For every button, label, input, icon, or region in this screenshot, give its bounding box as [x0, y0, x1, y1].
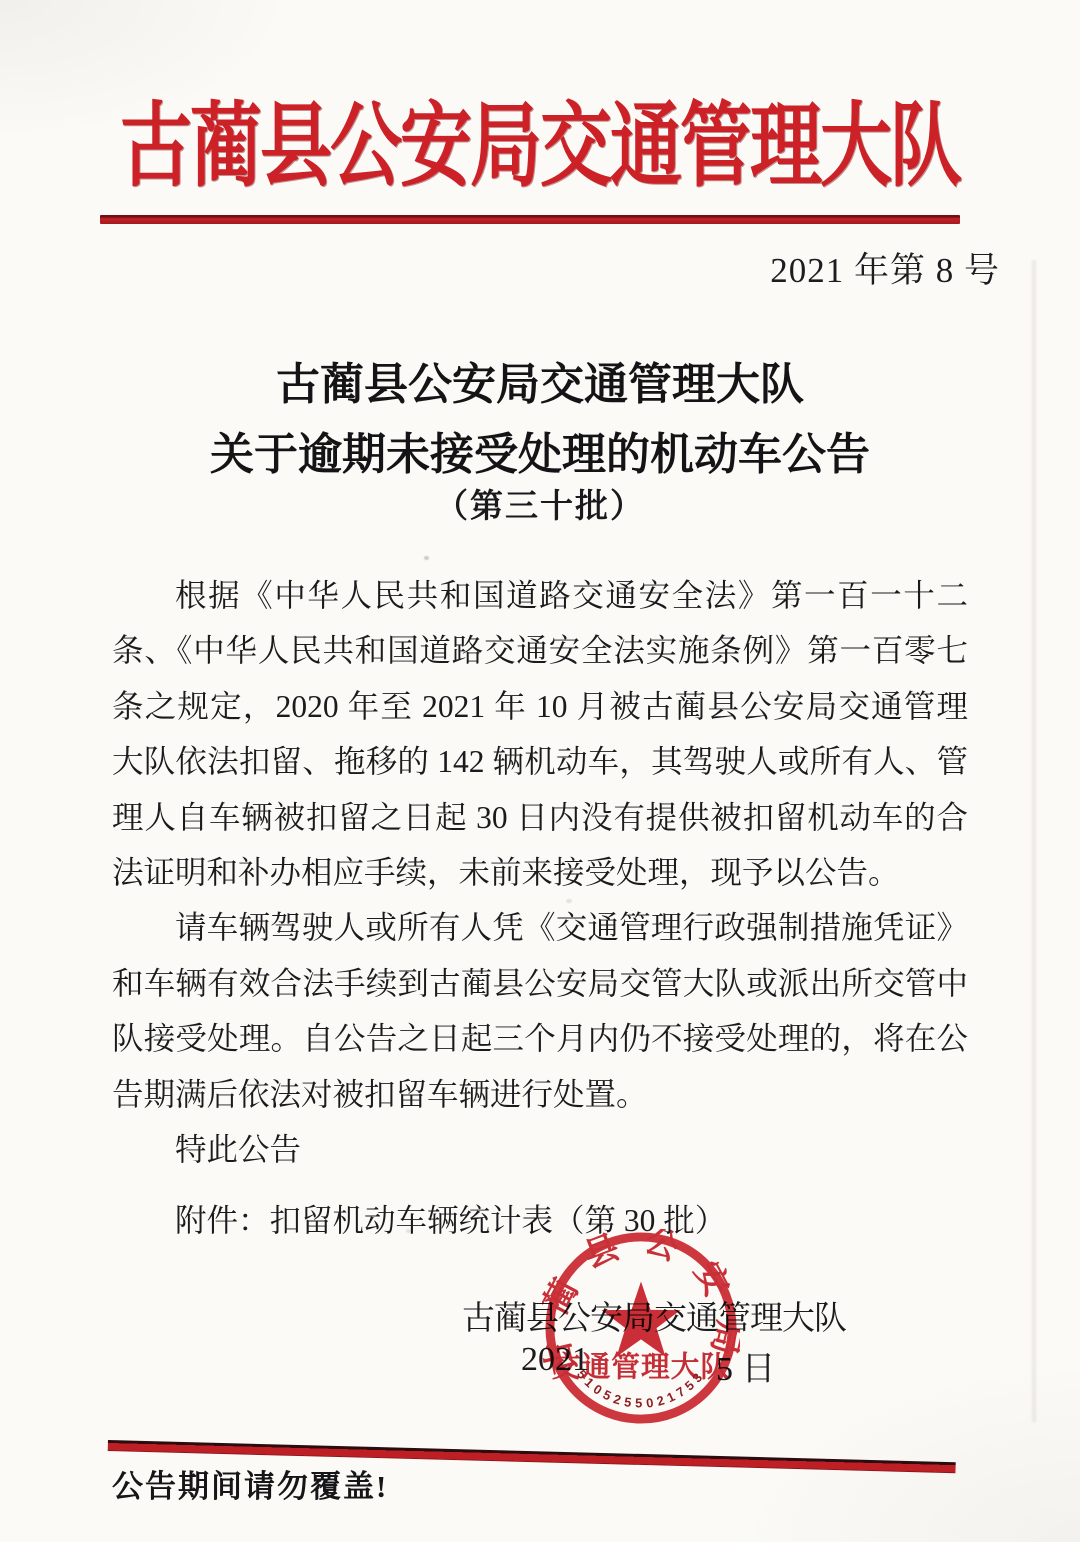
- body-paragraph: 请车辆驾驶人或所有人凭《交通管理行政强制措施凭证》和车辆有效合法手续到古蔺县公安…: [112, 900, 968, 1122]
- body-paragraph: 根据《中华人民共和国道路交通安全法》第一百一十二条、《中华人民共和国道路交通安全…: [112, 568, 968, 900]
- attachment-line: 附件：扣留机动车辆统计表（第 30 批）: [112, 1193, 968, 1248]
- closing-line: 特此公告: [112, 1122, 968, 1177]
- doc-title-line2: 关于逾期未接受处理的机动车公告: [0, 418, 1080, 482]
- seal-star-icon: [601, 1281, 680, 1356]
- footer-note: 公告期间请勿覆盖!: [112, 1461, 388, 1506]
- scan-speck: [424, 556, 429, 560]
- batch-label: （第三十批）: [0, 480, 1080, 527]
- body-text: 根据《中华人民共和国道路交通安全法》第一百一十二条、《中华人民共和国道路交通安全…: [112, 568, 968, 1249]
- letterhead-rule: [100, 215, 960, 224]
- document-page: 古蔺县公安局交通管理大队 2021 年第 8 号 古蔺县公安局交通管理大队 关于…: [0, 0, 1080, 1542]
- doc-title-line1: 古蔺县公安局交通管理大队: [0, 348, 1080, 412]
- official-seal: 古蔺县公安局 交通管理大队 5105255021753: [542, 1229, 740, 1427]
- issue-number: 2021 年第 8 号: [770, 243, 1000, 293]
- letterhead-title: 古蔺县公安局交通管理大队: [0, 98, 1080, 195]
